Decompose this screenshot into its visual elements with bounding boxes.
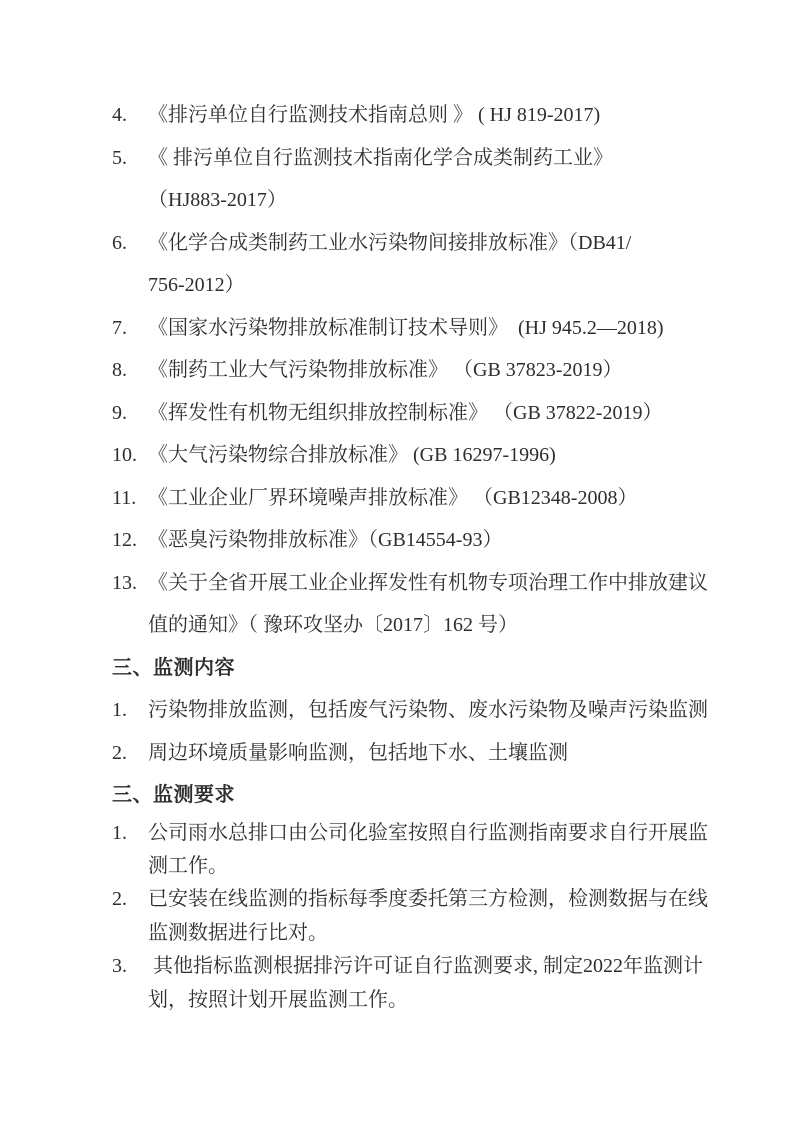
list-item: 8.《制药工业大气污染物排放标准》 （GB 37823-2019） — [112, 349, 732, 392]
list-item-continuation: 划，按照计划开展监测工作。 — [112, 984, 732, 1017]
list-item: 1.公司雨水总排口由公司化验室按照自行监测指南要求自行开展监 — [112, 817, 732, 850]
list-item-continuation: （HJ883-2017） — [112, 179, 732, 222]
list-item: 9.《挥发性有机物无组织排放控制标准》 （GB 37822-2019） — [112, 392, 732, 435]
list-item: 10.《大气污染物综合排放标准》 (GB 16297-1996) — [112, 434, 732, 477]
list-item-continuation-text: 值的通知》（ 豫环攻坚办〔2017〕162 号） — [148, 604, 732, 647]
list-item: 5.《 排污单位自行监测技术指南化学合成类制药工业》 — [112, 137, 732, 180]
list-item-text: 《恶臭污染物排放标准》（GB14554-93） — [148, 519, 732, 562]
list-item-continuation-text: 划，按照计划开展监测工作。 — [148, 984, 732, 1017]
list-item-number: 2. — [112, 732, 148, 775]
list-item: 3. 其他指标监测根据排污许可证自行监测要求, 制定2022年监测计 — [112, 950, 732, 983]
list-item-number: 4. — [112, 94, 148, 137]
list-item-text: 周边环境质量影响监测，包括地下水、土壤监测 — [148, 732, 732, 775]
list-item-text: 其他指标监测根据排污许可证自行监测要求, 制定2022年监测计 — [148, 950, 732, 983]
list-item-text: 《国家水污染物排放标准制订技术导则》 (HJ 945.2—2018) — [148, 307, 732, 350]
list-item-continuation: 值的通知》（ 豫环攻坚办〔2017〕162 号） — [112, 604, 732, 647]
list-item-text: 污染物排放监测，包括废气污染物、废水污染物及噪声污染监测 — [148, 689, 732, 732]
list-item-continuation-text: （HJ883-2017） — [148, 179, 732, 222]
list-item-continuation: 测工作。 — [112, 850, 732, 883]
list-item: 12.《恶臭污染物排放标准》（GB14554-93） — [112, 519, 732, 562]
list-item: 11.《工业企业厂界环境噪声排放标准》 （GB12348-2008） — [112, 477, 732, 520]
list-item-text: 《工业企业厂界环境噪声排放标准》 （GB12348-2008） — [148, 477, 732, 520]
list-item: 2.周边环境质量影响监测，包括地下水、土壤监测 — [112, 732, 732, 775]
list-item-number: 8. — [112, 349, 148, 392]
section-heading-label: 三、监测要求 — [112, 774, 732, 817]
list-item-number: 1. — [112, 817, 148, 850]
list-item: 4.《排污单位自行监测技术指南总则 》 ( HJ 819-2017) — [112, 94, 732, 137]
section-heading: 三、监测要求 — [112, 774, 732, 817]
list-item-number: 9. — [112, 392, 148, 435]
list-item: 6.《化学合成类制药工业水污染物间接排放标准》（DB41/ — [112, 222, 732, 265]
list-item-number: 3. — [112, 950, 148, 983]
list-item-text: 已安装在线监测的指标每季度委托第三方检测，检测数据与在线 — [148, 883, 732, 916]
list-item-text: 《排污单位自行监测技术指南总则 》 ( HJ 819-2017) — [148, 94, 732, 137]
list-item-number: 11. — [112, 477, 148, 520]
list-item: 2.已安装在线监测的指标每季度委托第三方检测，检测数据与在线 — [112, 883, 732, 916]
list-item-number: 5. — [112, 137, 148, 180]
list-item-number: 12. — [112, 519, 148, 562]
list-item-number: 2. — [112, 883, 148, 916]
list-item-continuation-text: 监测数据进行比对。 — [148, 917, 732, 950]
list-item-number: 13. — [112, 562, 148, 605]
list-item-text: 《制药工业大气污染物排放标准》 （GB 37823-2019） — [148, 349, 732, 392]
list-item-number: 7. — [112, 307, 148, 350]
list-item-text: 《挥发性有机物无组织排放控制标准》 （GB 37822-2019） — [148, 392, 732, 435]
document-body: 4.《排污单位自行监测技术指南总则 》 ( HJ 819-2017)5.《 排污… — [112, 94, 732, 1017]
list-item-number: 10. — [112, 434, 148, 477]
list-item-text: 《关于全省开展工业企业挥发性有机物专项治理工作中排放建议 — [148, 562, 732, 605]
section-heading-label: 三、监测内容 — [112, 647, 732, 690]
list-item-text: 公司雨水总排口由公司化验室按照自行监测指南要求自行开展监 — [148, 817, 732, 850]
list-item-text: 《化学合成类制药工业水污染物间接排放标准》（DB41/ — [148, 222, 732, 265]
document-page: 4.《排污单位自行监测技术指南总则 》 ( HJ 819-2017)5.《 排污… — [0, 0, 800, 1131]
list-item-continuation: 756-2012） — [112, 264, 732, 307]
list-item-continuation-text: 测工作。 — [148, 850, 732, 883]
list-item-number: 6. — [112, 222, 148, 265]
section-heading: 三、监测内容 — [112, 647, 732, 690]
list-item-continuation: 监测数据进行比对。 — [112, 917, 732, 950]
list-item-text: 《大气污染物综合排放标准》 (GB 16297-1996) — [148, 434, 732, 477]
list-item-continuation-text: 756-2012） — [148, 264, 732, 307]
list-item: 1.污染物排放监测，包括废气污染物、废水污染物及噪声污染监测 — [112, 689, 732, 732]
list-item-number: 1. — [112, 689, 148, 732]
list-item-text: 《 排污单位自行监测技术指南化学合成类制药工业》 — [148, 137, 732, 180]
list-item: 7.《国家水污染物排放标准制订技术导则》 (HJ 945.2—2018) — [112, 307, 732, 350]
list-item: 13.《关于全省开展工业企业挥发性有机物专项治理工作中排放建议 — [112, 562, 732, 605]
